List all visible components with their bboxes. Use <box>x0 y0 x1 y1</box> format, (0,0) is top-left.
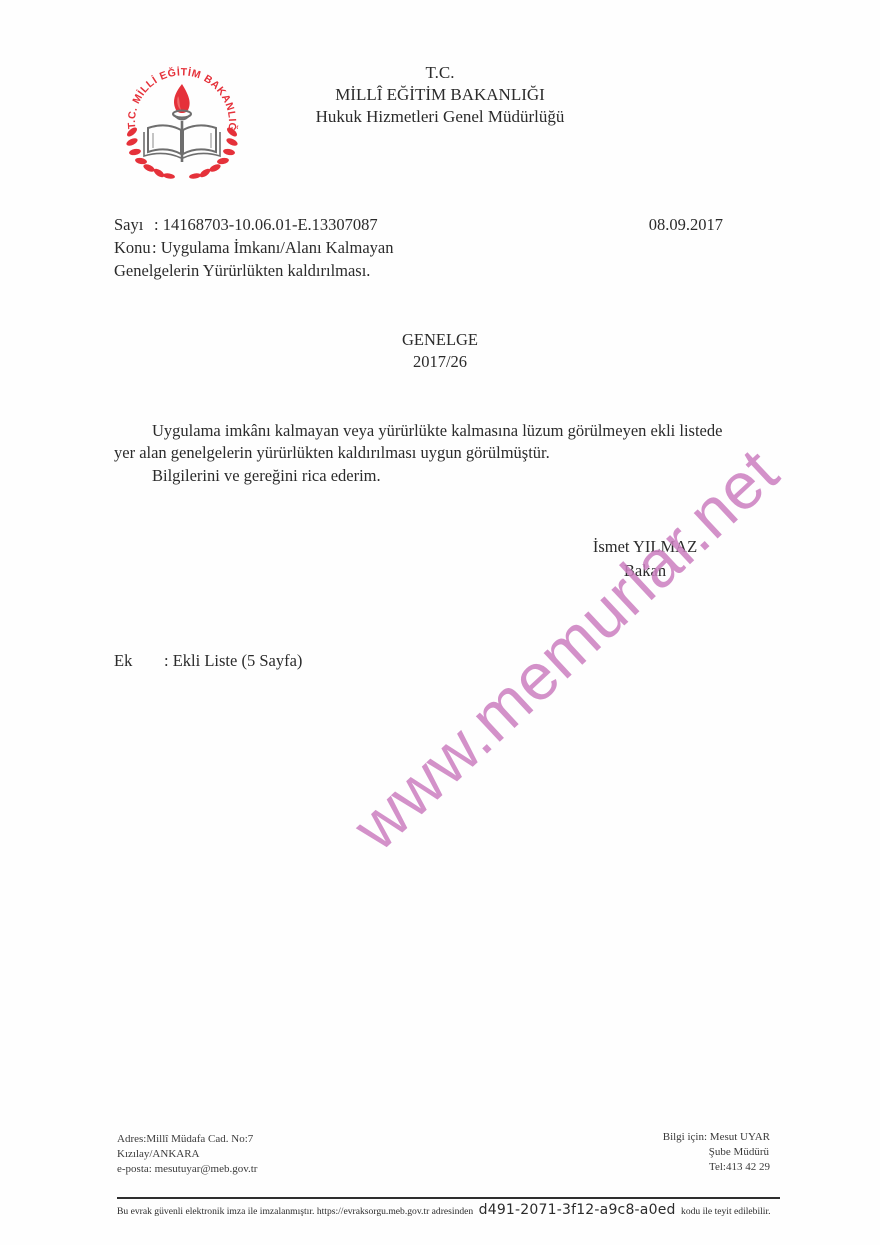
header-department: Hukuk Hizmetleri Genel Müdürlüğü <box>300 106 580 128</box>
circular-title: GENELGE 2017/26 <box>340 329 540 373</box>
body-paragraph-2: Bilgilerini ve gereğini rica ederim. <box>114 465 764 487</box>
verification-code: d491-2071-3f12-a9c8-a0ed <box>479 1202 676 1218</box>
letterhead: T.C. MİLLÎ EĞİTİM BAKANLIĞI Hukuk Hizmet… <box>300 62 580 128</box>
footer-divider <box>117 1197 780 1199</box>
konu-continuation: Genelgelerin Yürürlükten kaldırılması. <box>114 259 393 282</box>
verification-suffix: kodu ile teyit edilebilir. <box>681 1206 771 1217</box>
signatory-title: Bakan <box>560 559 730 583</box>
document-meta: Sayı: 14168703-10.06.01-E.13307087 Konu:… <box>114 213 393 282</box>
signature-block: İsmet YILMAZ Bakan <box>560 535 730 583</box>
header-country: T.C. <box>300 62 580 84</box>
watermark: www.memurlar.net <box>338 433 793 864</box>
meb-emblem-icon: T.C. MİLLİ EĞİTİM BAKANLIĞI <box>118 58 246 182</box>
footer-contact: Bilgi için: Mesut UYAR Şube Müdürü Tel:4… <box>663 1130 770 1175</box>
document-page: T.C. MİLLİ EĞİTİM BAKANLIĞI <box>0 0 880 1245</box>
contact-position: Şube Müdürü <box>663 1145 770 1160</box>
address-line-2: Kızılay/ANKARA <box>117 1147 257 1162</box>
footer-address: Adres:Millî Müdafa Cad. No:7 Kızılay/ANK… <box>117 1132 257 1177</box>
body-paragraph-1-line-2: yer alan genelgelerin yürürlükten kaldır… <box>114 442 764 464</box>
verification-note: Bu evrak güvenli elektronik imza ile imz… <box>117 1201 797 1221</box>
document-body: Uygulama imkânı kalmayan veya yürürlükte… <box>114 420 764 487</box>
attachment-line: Ek: Ekli Liste (5 Sayfa) <box>114 650 302 672</box>
address-line-1: Adres:Millî Müdafa Cad. No:7 <box>117 1132 257 1147</box>
contact-email: e-posta: mesutuyar@meb.gov.tr <box>117 1162 257 1177</box>
konu-label: Konu <box>114 236 152 259</box>
attachment-label: Ek <box>114 650 164 672</box>
contact-person: Bilgi için: Mesut UYAR <box>663 1130 770 1145</box>
circular-heading: GENELGE <box>340 329 540 351</box>
konu-value: : Uygulama İmkanı/Alanı Kalmayan <box>152 238 393 257</box>
contact-phone: Tel:413 42 29 <box>663 1160 770 1175</box>
konu-row: Konu: Uygulama İmkanı/Alanı Kalmayan <box>114 236 393 259</box>
circular-number: 2017/26 <box>340 351 540 373</box>
document-date: 08.09.2017 <box>649 213 723 236</box>
sayi-value: : 14168703-10.06.01-E.13307087 <box>154 215 378 234</box>
body-paragraph-1-line-1: Uygulama imkânı kalmayan veya yürürlükte… <box>114 420 764 442</box>
sayi-label: Sayı <box>114 213 154 236</box>
attachment-value: : Ekli Liste (5 Sayfa) <box>164 651 302 670</box>
verification-prefix: Bu evrak güvenli elektronik imza ile imz… <box>117 1206 473 1217</box>
sayi-row: Sayı: 14168703-10.06.01-E.13307087 <box>114 213 393 236</box>
signatory-name: İsmet YILMAZ <box>560 535 730 559</box>
header-ministry: MİLLÎ EĞİTİM BAKANLIĞI <box>300 84 580 106</box>
